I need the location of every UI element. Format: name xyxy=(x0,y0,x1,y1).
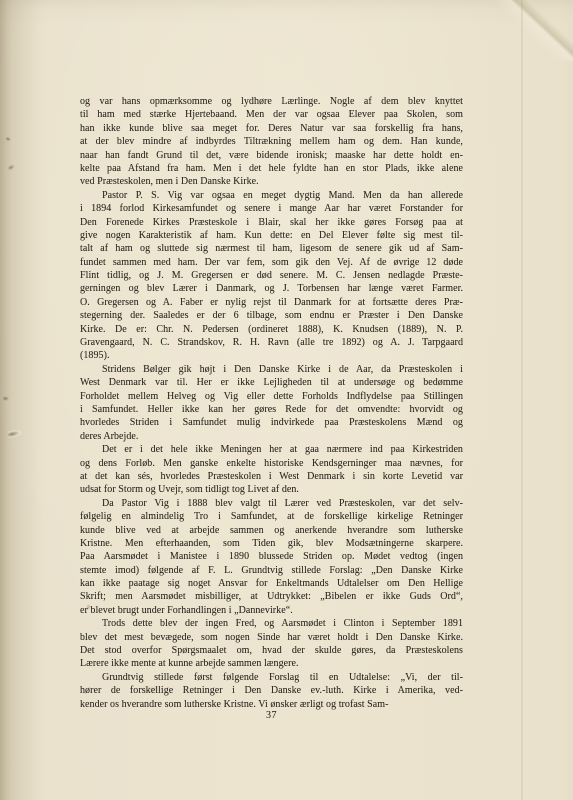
corner-crease xyxy=(477,0,573,63)
paper-blemish xyxy=(4,136,11,142)
text-line: kunde blive ved at arbejde sammen og ane… xyxy=(80,524,463,537)
text-line: Grundtvig stillede først følgende Forsla… xyxy=(80,671,463,684)
text-line: i Samfundet. Heller ikke kan her gøres R… xyxy=(80,403,463,416)
paragraph: Trods dette blev der ingen Fred, og Aars… xyxy=(80,617,463,671)
text-line: stegerning der. Saaledes er der 6 tilbag… xyxy=(80,309,463,322)
text-line: udsat for Storm og Uvejr, som tidligt to… xyxy=(80,483,463,496)
text-line: Kristne. Men efterhaanden, som Tiden gik… xyxy=(80,537,463,550)
text-line: naar han fandt Grund til det, være biden… xyxy=(80,149,463,162)
text-line: gerningen og blev Lærer i Danmark, og J.… xyxy=(80,282,463,295)
paper-blemish xyxy=(6,163,15,171)
text-line: give nogen Karakteristik af ham. Kun det… xyxy=(80,229,463,242)
paragraph: Pastor P. S. Vig var ogsaa en meget dygt… xyxy=(80,189,463,363)
text-line: O. Gregersen og A. Faber er nylig rejst … xyxy=(80,296,463,309)
text-line: Forholdet mellem Helveg og Vig eller det… xyxy=(80,390,463,403)
scan-artifact-line xyxy=(521,0,523,800)
text-line: og var hans opmærksomme og lydhøre Lærli… xyxy=(80,95,463,108)
text-line: Den Forenede Kirkes Præsteskole i Blair,… xyxy=(80,216,463,229)
text-line: blev det mest bevægede, som nogen Sinde … xyxy=(80,631,463,644)
text-line: (1895). xyxy=(80,349,463,362)
text-line: er blevet brugt under Forhandlingen i „D… xyxy=(80,604,463,617)
text-line: følgelig en almindelig Tro i Samfundet, … xyxy=(80,510,463,523)
text-line: Stridens Bølger gik højt i Den Danske Ki… xyxy=(80,363,463,376)
text-line: hører de forskellige Retninger i Den Dan… xyxy=(80,684,463,697)
book-page: og var hans opmærksomme og lydhøre Lærli… xyxy=(0,0,573,800)
text-line: Da Pastor Vig i 1888 blev valgt til Lære… xyxy=(80,497,463,510)
text-block: og var hans opmærksomme og lydhøre Lærli… xyxy=(80,95,463,711)
paper-blemish xyxy=(2,396,9,401)
text-line: kender os hverandre som lutherske Kristn… xyxy=(80,698,463,711)
paragraph: Stridens Bølger gik højt i Den Danske Ki… xyxy=(80,363,463,443)
text-line: han ikke kunde blive saa meget for. Dere… xyxy=(80,122,463,135)
page-number: 37 xyxy=(80,710,463,721)
text-line: Lærere ikke mente at kunne arbejde samme… xyxy=(80,657,463,670)
paragraph: Da Pastor Vig i 1888 blev valgt til Lære… xyxy=(80,497,463,618)
paper-blemish xyxy=(7,429,22,439)
text-line: Paa Aarsmødet i Manistee i 1890 blussede… xyxy=(80,550,463,563)
text-line: Trods dette blev der ingen Fred, og Aars… xyxy=(80,617,463,630)
text-line: Kirke. De er: Chr. N. Pedersen (ordinere… xyxy=(80,323,463,336)
paragraph: Det er i det hele ikke Meningen her at g… xyxy=(80,443,463,497)
text-line: Det er i det hele ikke Meningen her at g… xyxy=(80,443,463,456)
text-line: kan ikke paatage sig noget Ansvar for En… xyxy=(80,577,463,590)
paragraph: Grundtvig stillede først følgende Forsla… xyxy=(80,671,463,711)
page-gutter-shadow xyxy=(0,0,40,800)
text-line: at der blev mindre af indbyrdes Tiltrækn… xyxy=(80,135,463,148)
text-line: deres Arbejde. xyxy=(80,430,463,443)
text-line: ved Præsteskolen, men i Den Danske Kirke… xyxy=(80,175,463,188)
text-line: fundet sammen med ham. Der var fem, som … xyxy=(80,256,463,269)
text-line: i 1894 forlod Kirkesamfundet og senere i… xyxy=(80,202,463,215)
text-line: Gravengaard, N. C. Strandskov, R. H. Rav… xyxy=(80,336,463,349)
text-line: til ham med stærke Hjertebaand. Men der … xyxy=(80,108,463,121)
text-line: stemte imod) følgende af F. L. Grundtvig… xyxy=(80,564,463,577)
text-line: kelte paa Afstand fra ham. Men i det hel… xyxy=(80,162,463,175)
text-line: og dens Forløb. Men ganske enkelte histo… xyxy=(80,457,463,470)
text-line: talt af ham og sluttede sig nærmest til … xyxy=(80,242,463,255)
text-line: at det kan sés, hvorledes Præsteskolen i… xyxy=(80,470,463,483)
text-line: Skrift; men Aarsmødet misbilliger, at Ud… xyxy=(80,590,463,603)
text-line: Pastor P. S. Vig var ogsaa en meget dygt… xyxy=(80,189,463,202)
text-line: Flint tidlig, og J. M. Gregersen er død … xyxy=(80,269,463,282)
paragraph: og var hans opmærksomme og lydhøre Lærli… xyxy=(80,95,463,189)
text-line: hvorledes Striden i Samfundet mulig indv… xyxy=(80,416,463,429)
text-line: Det stod overfor Spørgsmaalet om, hvad d… xyxy=(80,644,463,657)
text-line: West Denmark var til. Her er ikke Lejlig… xyxy=(80,376,463,389)
